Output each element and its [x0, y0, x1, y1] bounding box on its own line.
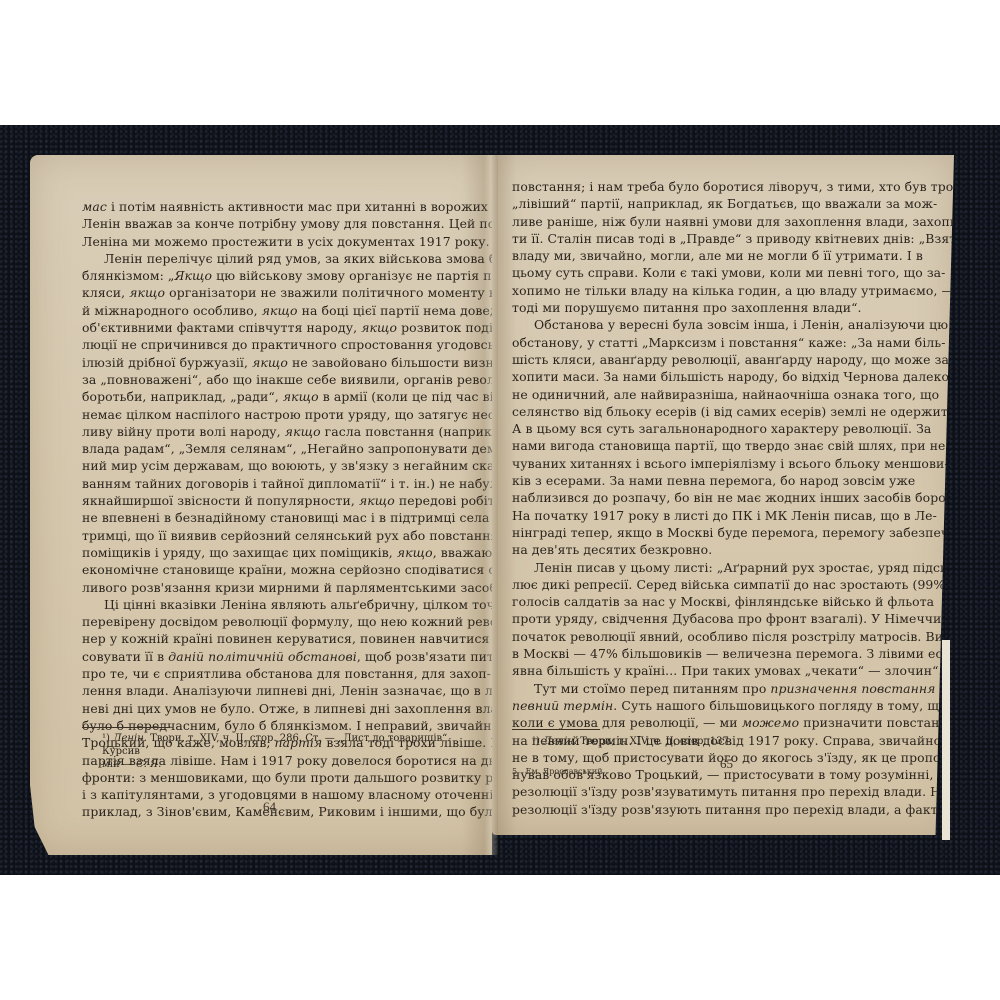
text-run: На початку 1917 року в листі до ПК і МК …	[512, 508, 937, 523]
text-run: цьому суть справи. Коли є такі умови, ко…	[512, 265, 945, 280]
text-run: якнайширшої звісности й популярности,	[82, 493, 359, 508]
footnote-author: Ленін.	[113, 733, 147, 744]
text-run: цю військову змову організує не партія п…	[212, 268, 526, 283]
text-line: наблизився до розпачу, бо він не має жод…	[512, 489, 904, 506]
text-line: резолюції з'їзду розв'язуватимуть питанн…	[512, 783, 904, 800]
text-line: цьому суть справи. Коли є такі умови, ко…	[512, 264, 904, 281]
text-run: лення влади. Аналізуючи липневі дні, Лен…	[82, 683, 514, 698]
text-run: нінграді тепер, якщо в Москві буде перем…	[512, 525, 973, 540]
text-line: не одиничний, але найвиразніша, найнаочн…	[512, 386, 904, 403]
text-run: владу ми, звичайно, могли, але ми не мог…	[512, 248, 923, 263]
text-line: голосів салдатів за нас у Москві, фінлян…	[512, 593, 904, 610]
text-run: не впевнені в безнадійному становищі мас…	[82, 510, 534, 525]
page-number-right: 65	[720, 756, 733, 772]
text-run: хопити маси. За нами більшість народу, б…	[512, 369, 949, 384]
text-run: ванням тайних договорів і тайної диплома…	[82, 476, 506, 491]
text-run: ілюзій дрібної буржуазії,	[82, 355, 252, 370]
right-page-body: повстання; і нам треба було боротися лів…	[512, 178, 904, 818]
left-page: мас і потім наявність активности мас при…	[30, 155, 492, 855]
text-line: тоді ми порушуємо питання про захоплення…	[512, 299, 904, 316]
text-run: Ленін вважав за конче потрібну умову для…	[82, 216, 526, 231]
text-line: люції не спричинився до практичного спро…	[82, 336, 470, 353]
text-run: совувати її в	[82, 649, 168, 664]
text-line: неві дні цих умов не було. Отже, в липне…	[82, 700, 470, 717]
italic-text: якщо	[359, 493, 395, 508]
text-line: владу ми, звичайно, могли, але ми не мог…	[512, 247, 904, 264]
text-run: Тут ми стоїмо перед питанням про	[534, 681, 770, 696]
text-run: . Суть нашого більшовицького погляду в т…	[613, 698, 946, 713]
text-line: поміщиків і уряду, що захищає цих поміщи…	[82, 544, 470, 561]
text-line: ків з есерами. За нами певна перемога, б…	[512, 472, 904, 489]
text-run: нами вигода становища партії, що твердо …	[512, 438, 950, 453]
text-line: певний термін. Суть нашого більшовицьког…	[512, 697, 904, 714]
text-run: голосів салдатів за нас у Москві, фінлян…	[512, 594, 934, 609]
text-line: ливого розв'язання кризи мирними й парля…	[82, 579, 470, 596]
text-run: на дев'ять десятих безкровно.	[512, 542, 712, 557]
text-run: не одиничний, але найвиразніша, найнаочн…	[512, 387, 939, 402]
text-run: „лівіший“ партії, наприклад, як Богдатьє…	[512, 196, 937, 211]
footnote-text: Твори, т. XIV, ч. II, стор. 286. Ст. — „…	[102, 733, 450, 757]
text-run: Ці цінні вказівки Леніна являють альґебр…	[104, 597, 515, 612]
text-run: А в цьому вся суть загальнонародного хар…	[512, 421, 931, 436]
text-run: тримці, що її виявив серйозний селянськи…	[82, 528, 542, 543]
italic-text: якщо	[262, 303, 298, 318]
footnote-initials: Є. Я.	[136, 759, 161, 770]
text-run: резолюції з'їзду розв'язують питання про…	[512, 802, 970, 817]
text-line: нер у кожній країні повинен керуватися, …	[82, 630, 470, 647]
text-line: і з капітулянтами, з угодовцями в нашому…	[82, 786, 470, 803]
text-run: явна більшість у країні... При таких умо…	[512, 663, 943, 678]
text-line: ний мир усім державам, що воюють, у зв'я…	[82, 457, 470, 474]
text-run: блянкізмом: „	[82, 268, 174, 283]
text-run: наблизився до розпачу, бо він не має жод…	[512, 490, 996, 505]
text-line: кляси, якщо організатори не зважили полі…	[82, 284, 470, 301]
text-run: повстання; і нам треба було боротися лів…	[512, 179, 969, 194]
text-line: ілюзій дрібної буржуазії, якщо не завойо…	[82, 354, 470, 371]
text-run: було б передчасним, було б блянкізмом. І…	[82, 718, 503, 733]
text-line: ливе раніше, ніж були наявні умови для з…	[512, 213, 904, 230]
text-line: хопити маси. За нами більшість народу, б…	[512, 368, 904, 385]
text-line: за „повноважені“, або що інакше себе вия…	[82, 371, 470, 388]
text-run: ливе раніше, ніж були наявні умови для з…	[512, 214, 962, 229]
text-run: неві дні цих умов не було. Отже, в липне…	[82, 701, 514, 716]
text-run: люції не спричинився до практичного спро…	[82, 337, 518, 352]
text-run: кляси,	[82, 285, 129, 300]
italic-text: якщо	[361, 320, 397, 335]
text-run: селянство від бльоку есерів (і від самих…	[512, 404, 959, 419]
text-run: коли є умова для революції, — ми	[512, 715, 742, 730]
footnote-text: Твори, т. XIV, ч. II, стор. 137.	[577, 736, 732, 747]
text-run: хопимо не тільки владу на кілька годин, …	[512, 283, 954, 298]
text-line: початок революції явний, особливо після …	[512, 628, 904, 645]
text-line: про те, чи є сприятлива обстанова для по…	[82, 665, 470, 682]
footnote-divider	[82, 727, 170, 728]
text-line: ливу війну проти волі народу, якщо гасла…	[82, 423, 470, 440]
text-run: й міжнародного особливо,	[82, 303, 262, 318]
book-spine-crease	[484, 155, 498, 855]
text-line: мас і потім наявність активности мас при…	[82, 198, 470, 215]
text-run: Ленін перелічує цілий ряд умов, за яких …	[104, 251, 519, 266]
italic-text: певний термін	[512, 698, 613, 713]
text-line: немає цілком наспілого настрою проти уря…	[82, 406, 470, 423]
text-line: чуваних хитаннях і всього імперіялізму і…	[512, 455, 904, 472]
footnote-divider	[512, 729, 600, 730]
footnote-marker: ¹)	[532, 736, 540, 747]
italic-text: мас	[82, 199, 107, 214]
text-run: призначити повстання	[799, 715, 956, 730]
italic-text: якщо	[252, 355, 288, 370]
text-run: резолюції з'їзду розв'язуватимуть питанн…	[512, 784, 949, 799]
text-line: блянкізмом: „Якщо цю військову змову орг…	[82, 267, 470, 284]
text-line: економічне становище країни, можна серйо…	[82, 561, 470, 578]
text-line: хопимо не тільки владу на кілька годин, …	[512, 282, 904, 299]
text-line: не в тому, щоб пристосувати його до яког…	[512, 749, 904, 766]
text-run: Обстанова у вересні була зовсім інша, і …	[534, 317, 948, 332]
text-line: Тут ми стоїмо перед питанням про признач…	[512, 680, 904, 697]
italic-text: можемо	[742, 715, 799, 730]
text-line: влада радам“, „Земля селянам“, „Негайно …	[82, 440, 470, 457]
text-line: На початку 1917 року в листі до ПК і МК …	[512, 507, 904, 524]
text-line: тримці, що її виявив серйозний селянськи…	[82, 527, 470, 544]
text-line: „лівіший“ партії, наприклад, як Богдатьє…	[512, 195, 904, 212]
footnote-marker: ¹)	[102, 733, 110, 744]
text-run: про те, чи є сприятлива обстанова для по…	[82, 666, 491, 681]
text-run: немає цілком наспілого настрою проти уря…	[82, 407, 545, 422]
text-line: Ці цінні вказівки Леніна являють альґебр…	[82, 596, 470, 613]
page-edge	[942, 640, 950, 840]
text-line: Обстанова у вересні була зовсім інша, і …	[512, 316, 904, 333]
text-line: боротьби, наприклад, „ради“, якщо в армі…	[82, 388, 470, 405]
text-line: лення влади. Аналізуючи липневі дні, Лен…	[82, 682, 470, 699]
text-run: Леніна ми можемо простежити в усіх докум…	[82, 234, 490, 249]
text-line: повстання; і нам треба було боротися лів…	[512, 178, 904, 195]
text-line: об'єктивними фактами співчуття народу, я…	[82, 319, 470, 336]
text-run: ливого розв'язання кризи мирними й парля…	[82, 580, 547, 595]
signature-number: 5	[512, 767, 517, 776]
text-line: совувати її в даній політичній обстанові…	[82, 648, 470, 665]
text-line: проти уряду, свідчення Дубасова про фрон…	[512, 610, 904, 627]
text-line: приклад, з Зінов'євим, Каменєвим, Рикови…	[82, 803, 470, 820]
italic-text: якщо	[129, 285, 165, 300]
right-page: повстання; і нам треба було боротися лів…	[492, 155, 954, 835]
italic-text: якщо	[283, 389, 319, 404]
text-run: ний мир усім державам, що воюють, у зв'я…	[82, 458, 513, 473]
text-run: перевірену досвідом революції формулу, щ…	[82, 614, 540, 629]
text-line: лює дикі репресії. Серед війська симпаті…	[512, 576, 904, 593]
text-line: на дев'ять десятих безкровно.	[512, 541, 904, 558]
text-run: за „повноважені“, або що інакше себе вия…	[82, 372, 546, 387]
italic-text: якщо	[397, 545, 433, 560]
text-line: в Москві — 47% більшовиків — величезна п…	[512, 645, 904, 662]
text-line: нами вигода становища партії, що твердо …	[512, 437, 904, 454]
text-run: обстанову, у статті „Марксизм і повстанн…	[512, 335, 946, 350]
footnote-author: Ленін.	[543, 736, 577, 747]
text-line: селянство від бльоку есерів (і від самих…	[512, 403, 904, 420]
text-run: лює дикі репресії. Серед війська симпаті…	[512, 577, 945, 592]
text-line: явна більшість у країні... При таких умо…	[512, 662, 904, 679]
right-footnote: ¹) Ленін. Твори, т. XIV, ч. II, стор. 13…	[532, 735, 892, 748]
text-line: Леніна ми можемо простежити в усіх докум…	[82, 233, 470, 250]
text-run: ти її. Сталін писав тоді в „Правде“ з пр…	[512, 231, 965, 246]
text-line: фронти: з меншовиками, що були проти дал…	[82, 769, 470, 786]
text-run: і з капітулянтами, з угодовцями в нашому…	[82, 787, 522, 802]
text-run: організатори не зважили політичного моме…	[165, 285, 536, 300]
text-line: шість кляси, аванґарду революції, аванґа…	[512, 351, 904, 368]
text-line: Ленін перелічує цілий ряд умов, за яких …	[82, 250, 470, 267]
footnote-text-cont: мій —	[102, 759, 136, 770]
text-line: А в цьому вся суть загальнонародного хар…	[512, 420, 904, 437]
text-run: Ленін писав у цьому листі: „Аґрарний рух…	[534, 560, 953, 575]
text-run: приклад, з Зінов'євим, Каменєвим, Рикови…	[82, 804, 544, 819]
text-line: Ленін писав у цьому листі: „Аґрарний рух…	[512, 559, 904, 576]
text-line: перевірену досвідом революції формулу, щ…	[82, 613, 470, 630]
text-run: ків з есерами. За нами певна перемога, б…	[512, 473, 915, 488]
text-line: ти її. Сталін писав тоді в „Правде“ з пр…	[512, 230, 904, 247]
italic-text: даній політичній обстанові	[168, 649, 357, 664]
text-line: обстанову, у статті „Марксизм і повстанн…	[512, 334, 904, 351]
text-run: об'єктивними фактами співчуття народу,	[82, 320, 361, 335]
page-number-left: 64	[263, 799, 276, 815]
italic-text: якщо	[285, 424, 321, 439]
text-run: початок революції явний, особливо після …	[512, 629, 975, 644]
text-line: Ленін вважав за конче потрібну умову для…	[82, 215, 470, 232]
text-run: і потім наявність активности мас при хит…	[107, 199, 529, 214]
text-line: нінграді тепер, якщо в Москві буде перем…	[512, 524, 904, 541]
text-line: резолюції з'їзду розв'язують питання про…	[512, 801, 904, 818]
text-run: тоді ми порушуємо питання про захоплення…	[512, 300, 862, 315]
text-run: боротьби, наприклад, „ради“,	[82, 389, 283, 404]
text-line: якнайширшої звісности й популярности, як…	[82, 492, 470, 509]
text-run: проти уряду, свідчення Дубасова про фрон…	[512, 611, 954, 626]
text-run: чуваних хитаннях і всього імперіялізму і…	[512, 456, 949, 471]
printer-signature: 5 Ем. Ярославський	[512, 767, 603, 776]
text-line: ванням тайних договорів і тайної диплома…	[82, 475, 470, 492]
text-run: ливу війну проти волі народу,	[82, 424, 285, 439]
text-run: поміщиків і уряду, що захищає цих поміщи…	[82, 545, 397, 560]
italic-text: призначення повстання на	[770, 681, 955, 696]
text-run: економічне становище країни, можна серйо…	[82, 562, 539, 577]
signature-text: Ем. Ярославський	[526, 767, 603, 776]
text-run: в Москві — 47% більшовиків — величезна п…	[512, 646, 1000, 661]
text-line: й міжнародного особливо, якщо на боці ці…	[82, 302, 470, 319]
text-run: шість кляси, аванґарду революції, аванґа…	[512, 352, 953, 367]
text-run: нер у кожній країні повинен керуватися, …	[82, 631, 534, 646]
left-footnote: ¹) Ленін. Твори, т. XIV, ч. II, стор. 28…	[102, 732, 470, 771]
text-line: не впевнені в безнадійному становищі мас…	[82, 509, 470, 526]
italic-text: Якщо	[174, 268, 212, 283]
